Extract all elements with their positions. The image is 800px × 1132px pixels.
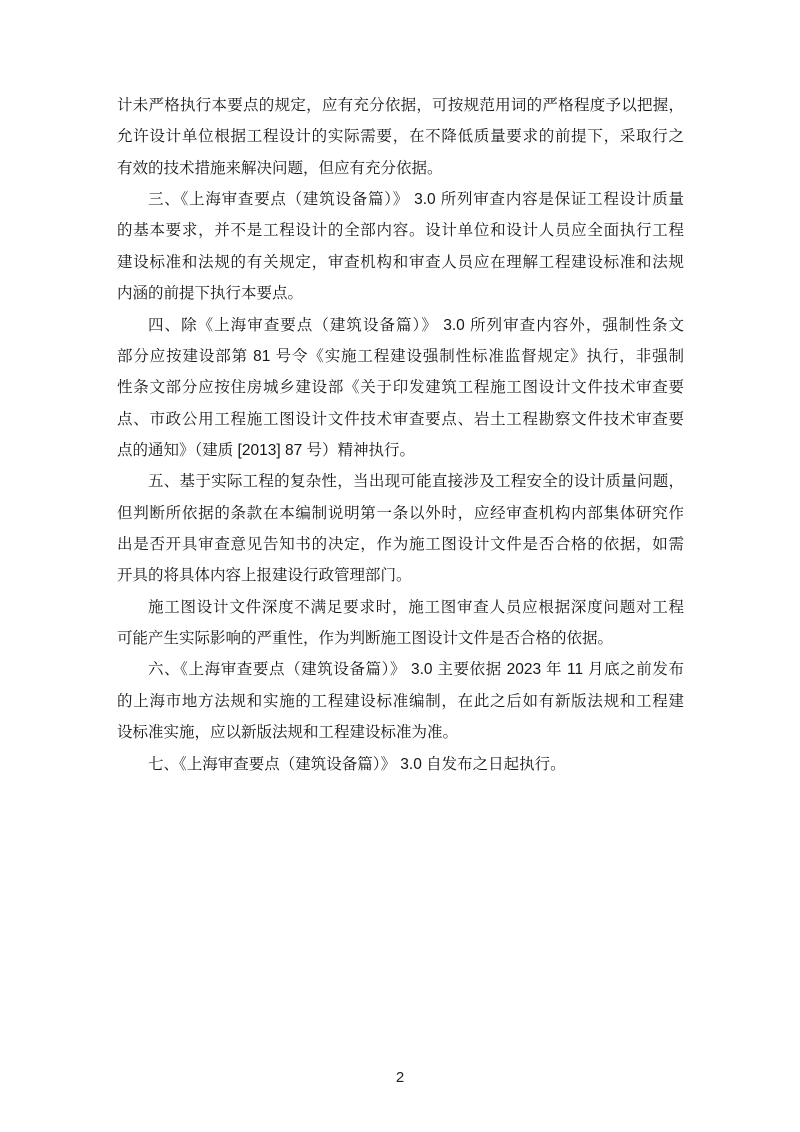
text-line: 有效的技术措施来解决问题，但应有充分依据。 — [117, 153, 684, 184]
paragraph: 三、《上海审查要点（建筑设备篇）》 3.0 所列审查内容是保证工程设计质量的基本… — [117, 184, 684, 309]
text-line: 内涵的前提下执行本要点。 — [117, 278, 684, 309]
paragraph: 六、《上海审查要点（建筑设备篇）》 3.0 主要依据 2023 年 11 月底之… — [117, 654, 684, 748]
paragraph: 计未严格执行本要点的规定，应有充分依据，可按规范用词的严格程度予以把握，允许设计… — [117, 90, 684, 184]
paragraph: 四、除《上海审查要点（建筑设备篇）》 3.0 所列审查内容外，强制性条文部分应按… — [117, 310, 684, 467]
text-line: 的基本要求，并不是工程设计的全部内容。设计单位和设计人员应全面执行工程 — [117, 215, 684, 246]
text-line: 五、基于实际工程的复杂性，当出现可能直接涉及工程安全的设计质量问题， — [117, 466, 684, 497]
document-page: 计未严格执行本要点的规定，应有充分依据，可按规范用词的严格程度予以把握，允许设计… — [0, 0, 800, 1132]
page-number: 2 — [0, 1069, 800, 1087]
text-line: 施工图设计文件深度不满足要求时，施工图审查人员应根据深度问题对工程 — [117, 592, 684, 623]
text-line: 允许设计单位根据工程设计的实际需要，在不降低质量要求的前提下，采取行之 — [117, 121, 684, 152]
text-line: 可能产生实际影响的严重性，作为判断施工图设计文件是否合格的依据。 — [117, 623, 684, 654]
text-line: 建设标准和法规的有关规定，审查机构和审查人员应在理解工程建设标准和法规 — [117, 247, 684, 278]
text-line: 点、市政公用工程施工图设计文件技术审查要点、岩土工程勘察文件技术审查要 — [117, 404, 684, 435]
text-line: 六、《上海审查要点（建筑设备篇）》 3.0 主要依据 2023 年 11 月底之… — [117, 654, 684, 685]
paragraph: 五、基于实际工程的复杂性，当出现可能直接涉及工程安全的设计质量问题，但判断所依据… — [117, 466, 684, 591]
document-body: 计未严格执行本要点的规定，应有充分依据，可按规范用词的严格程度予以把握，允许设计… — [117, 90, 684, 780]
text-line: 性条文部分应按住房城乡建设部《关于印发建筑工程施工图设计文件技术审查要 — [117, 372, 684, 403]
text-line: 四、除《上海审查要点（建筑设备篇）》 3.0 所列审查内容外，强制性条文 — [117, 310, 684, 341]
text-line: 开具的将具体内容上报建设行政管理部门。 — [117, 560, 684, 591]
text-line: 但判断所依据的条款在本编制说明第一条以外时，应经审查机构内部集体研究作 — [117, 498, 684, 529]
text-line: 设标准实施，应以新版法规和工程建设标准为准。 — [117, 717, 684, 748]
text-line: 点的通知》（建质 [2013] 87 号）精神执行。 — [117, 435, 684, 466]
paragraph: 七、《上海审查要点（建筑设备篇）》 3.0 自发布之日起执行。 — [117, 749, 684, 780]
paragraph: 施工图设计文件深度不满足要求时，施工图审查人员应根据深度问题对工程可能产生实际影… — [117, 592, 684, 655]
text-line: 计未严格执行本要点的规定，应有充分依据，可按规范用词的严格程度予以把握， — [117, 90, 684, 121]
text-line: 七、《上海审查要点（建筑设备篇）》 3.0 自发布之日起执行。 — [117, 749, 684, 780]
text-line: 的上海市地方法规和实施的工程建设标准编制，在此之后如有新版法规和工程建 — [117, 686, 684, 717]
text-line: 出是否开具审查意见告知书的决定，作为施工图设计文件是否合格的依据，如需 — [117, 529, 684, 560]
text-line: 部分应按建设部第 81 号令《实施工程建设强制性标准监督规定》执行，非强制 — [117, 341, 684, 372]
text-line: 三、《上海审查要点（建筑设备篇）》 3.0 所列审查内容是保证工程设计质量 — [117, 184, 684, 215]
